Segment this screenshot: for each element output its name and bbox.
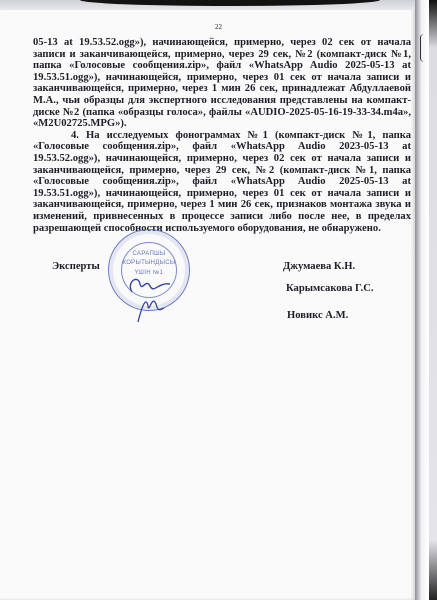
paragraph-continued: 05-13 at 19.53.52.ogg»), начинающейся, п… bbox=[33, 37, 411, 130]
stamp-text-line-1: САРАПШЫ bbox=[109, 251, 189, 257]
page-number: 22 bbox=[0, 23, 437, 31]
margin-bracket-mark bbox=[420, 34, 425, 62]
experts-label: Эксперты bbox=[52, 261, 100, 272]
scan-right-shadow bbox=[429, 0, 437, 600]
expert-name-1: Джумаева К.Н. bbox=[283, 261, 355, 272]
document-body: 05-13 at 19.53.52.ogg»), начинающейся, п… bbox=[33, 37, 411, 234]
expert-name-2: Карымсакова Г.С. bbox=[286, 283, 374, 294]
stamp-text-line-2: КОРЫТЫНДЫСЫ bbox=[109, 260, 189, 266]
signature-2-icon bbox=[132, 292, 168, 326]
expert-name-3: Новикс А.М. bbox=[287, 310, 348, 321]
paragraph-4: 4. На исследуемых фонограммах №1 (компак… bbox=[33, 130, 411, 234]
